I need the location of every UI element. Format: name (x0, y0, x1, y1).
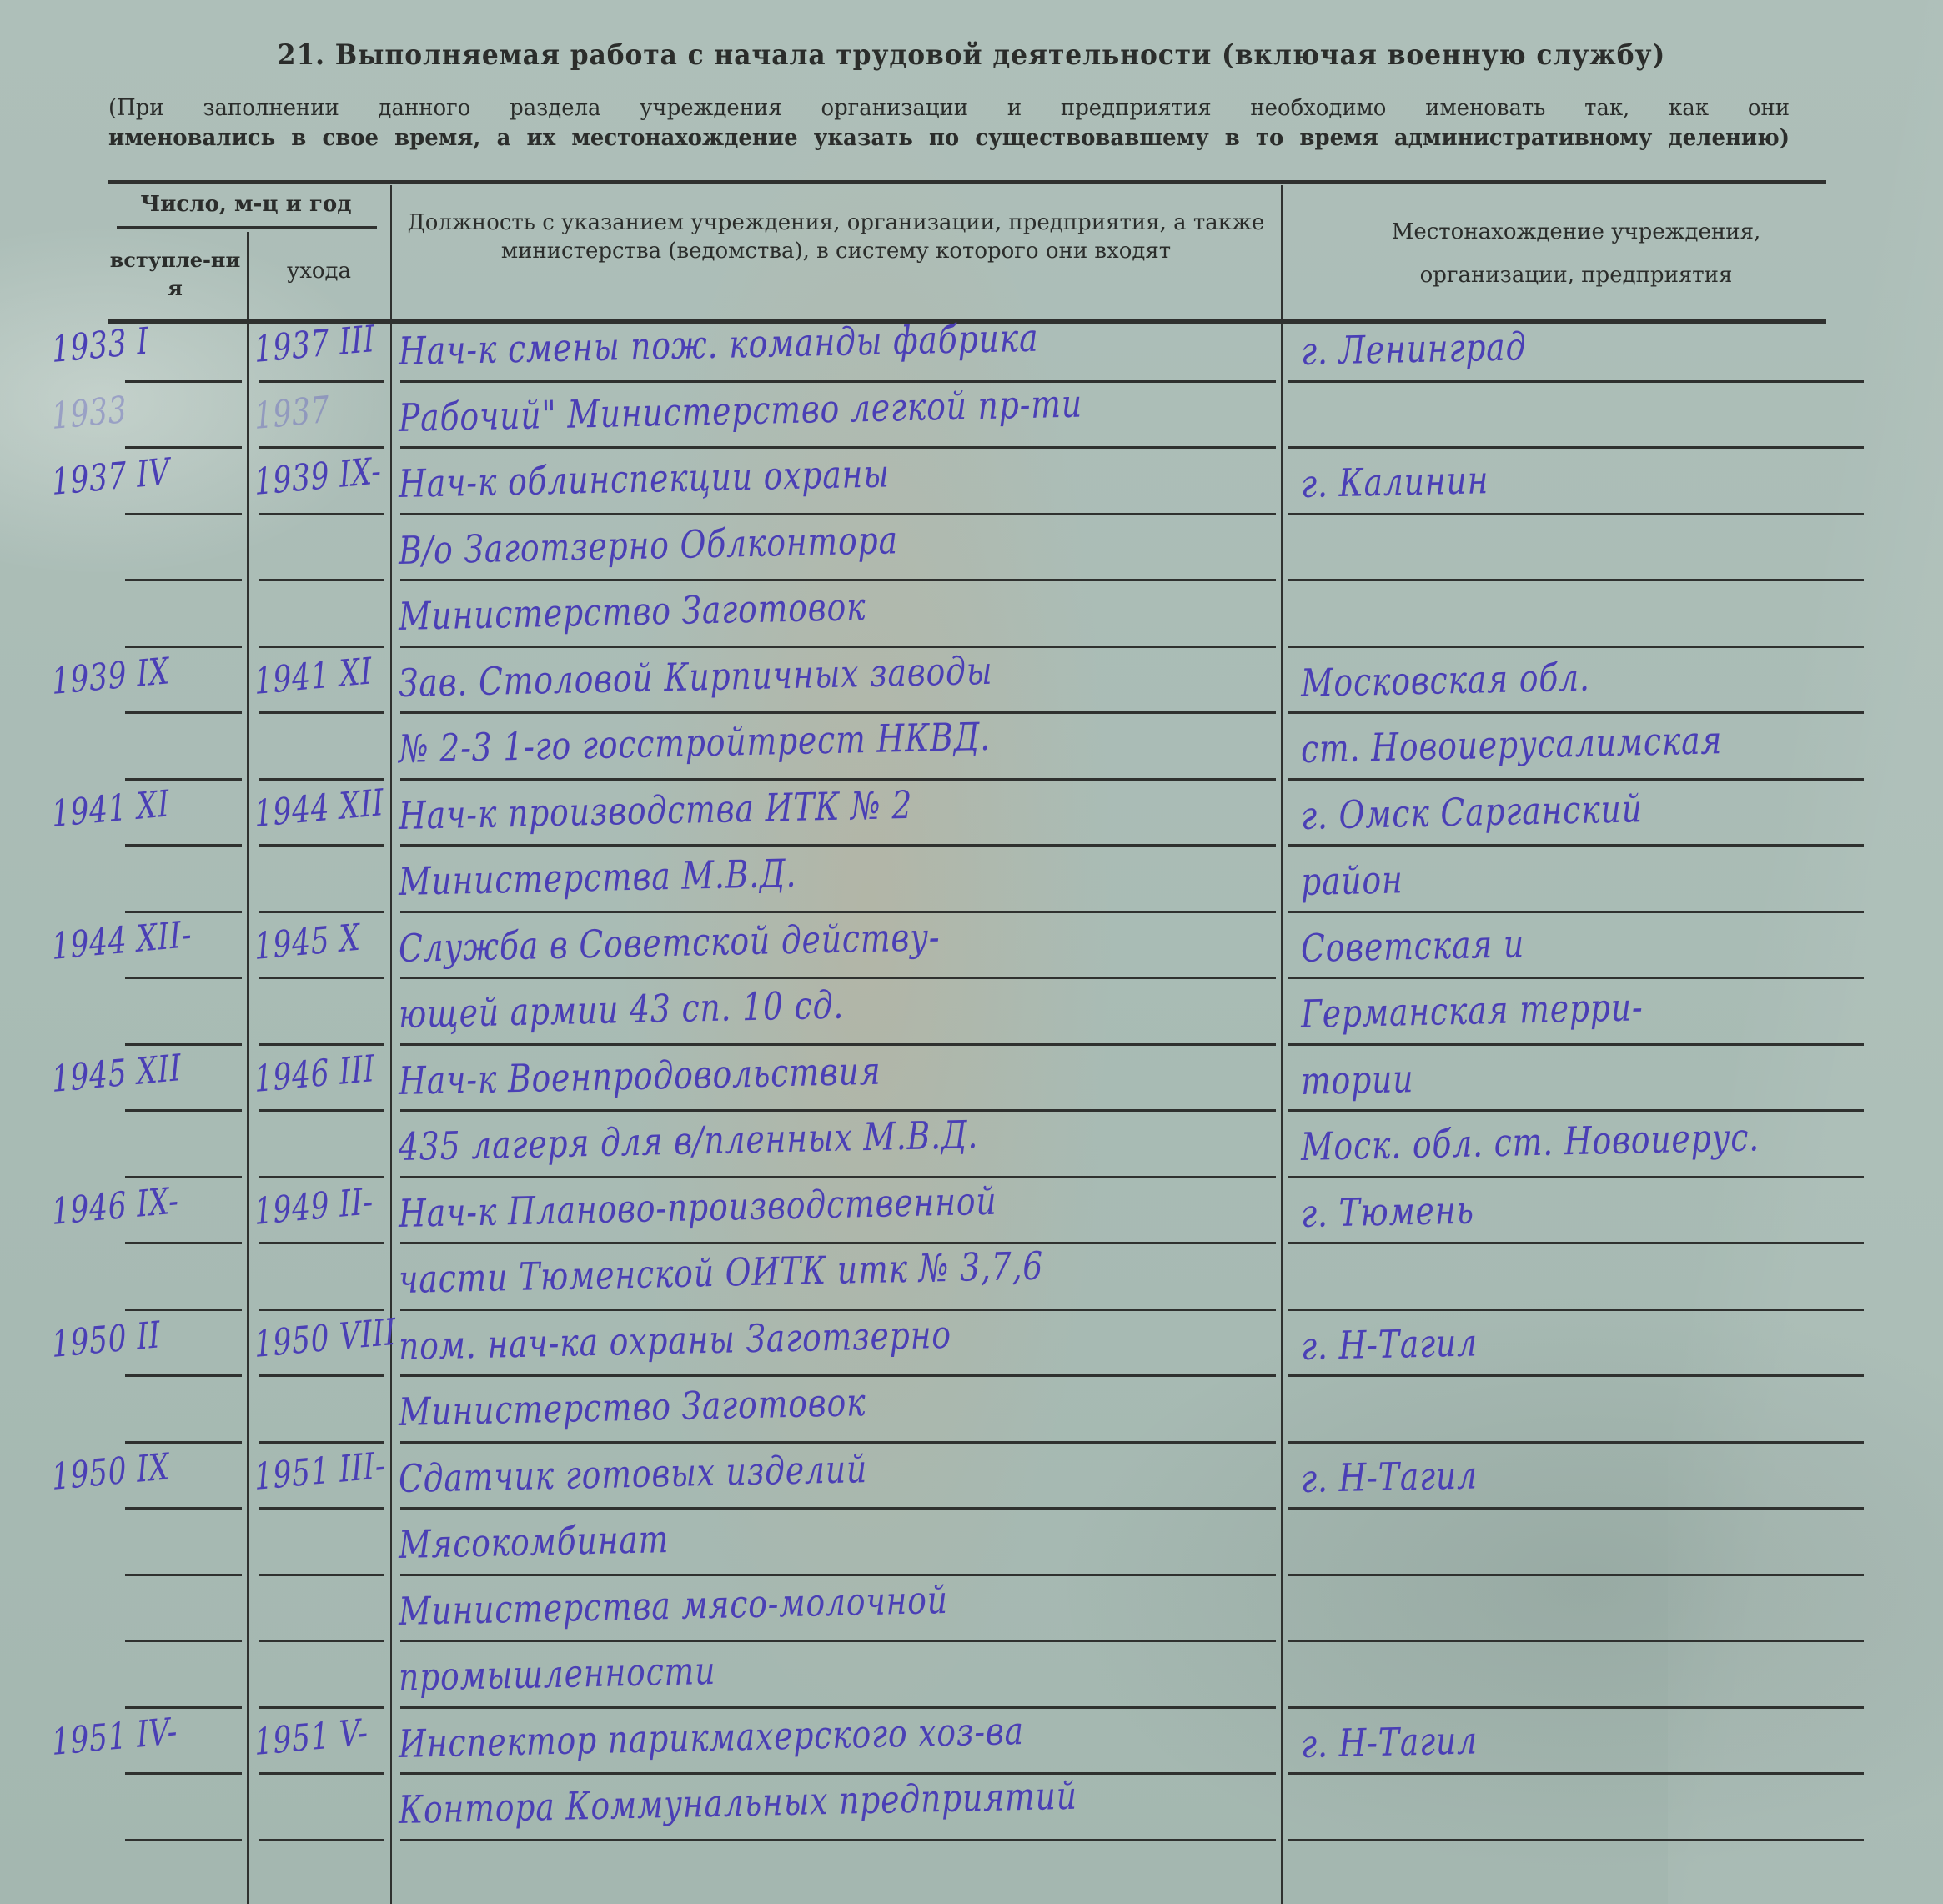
ruled-line-position (400, 1176, 1276, 1178)
entry-location: ст. Новоиерусалимская (1301, 717, 1723, 771)
entry-start-date-faded: 1933 (51, 389, 128, 438)
ruled-line-start (125, 646, 242, 648)
ruled-line-end (259, 1706, 384, 1709)
entry-start-date: 1937 IV (51, 450, 171, 504)
entry-start-date: 1944 XII- (51, 913, 193, 968)
entry-end-date: 1944 XII (254, 781, 385, 836)
ruled-line-position (400, 1772, 1276, 1775)
ruled-line-start (125, 1706, 242, 1709)
ruled-line-start (125, 513, 242, 515)
entry-start-date: 1933 I (51, 320, 150, 371)
ruled-line-end (259, 1441, 384, 1444)
entry-end-date: 1941 XI (254, 650, 374, 703)
ruled-line-location (1288, 380, 1864, 383)
entry-position: Инспектор парикмахерского хоз-ва (399, 1708, 1025, 1766)
ruled-line-end (259, 1640, 384, 1642)
entry-location: г. Н-Тагил (1301, 1452, 1479, 1501)
entry-location: г. Н-Тагил (1301, 1717, 1479, 1766)
entry-position: Нач-к производства ИТК № 2 (399, 782, 913, 838)
ruled-line-end (259, 1507, 384, 1510)
ruled-line-position (400, 1043, 1276, 1046)
entry-end-date: 1949 II- (254, 1180, 375, 1233)
entry-location: тории (1301, 1056, 1414, 1103)
ruled-line-end (259, 1374, 384, 1377)
ruled-line-end (259, 977, 384, 979)
date-group-rule (117, 226, 377, 229)
ruled-line-position (400, 380, 1276, 383)
instructions-line-1: (При заполнении данного раздела учрежден… (108, 93, 1790, 123)
ruled-line-start (125, 1772, 242, 1775)
ruled-line-end (259, 380, 384, 383)
ruled-line-location (1288, 977, 1864, 979)
header-position: Должность с указанием учреждения, органи… (396, 208, 1276, 265)
header-end: ухода (250, 257, 388, 285)
entry-position: Нач-к облинспекции охраны (399, 450, 891, 506)
ruled-line-end (259, 911, 384, 913)
ruled-line-location (1288, 1772, 1864, 1775)
entry-position: № 2-3 1-го госстройтрест НКВД. (399, 714, 992, 771)
ruled-line-position (400, 1109, 1276, 1112)
ruled-line-position (400, 1507, 1276, 1510)
ruled-line-start (125, 911, 242, 913)
ruled-line-location (1288, 844, 1864, 847)
table-top-rule (108, 180, 1826, 184)
entry-end-date: 1946 III (254, 1047, 377, 1101)
instructions-line-2: именовались в свое время, а их местонахо… (108, 123, 1790, 153)
section-instructions: (При заполнении данного раздела учрежден… (108, 93, 1790, 153)
ruled-line-location (1288, 1176, 1864, 1178)
ruled-line-location (1288, 1309, 1864, 1311)
entry-position: 435 лагеря для в/пленных М.В.Д. (399, 1112, 979, 1169)
ruled-line-start (125, 1109, 242, 1112)
ruled-line-position (400, 1374, 1276, 1377)
ruled-line-location (1288, 1043, 1864, 1046)
ruled-line-position (400, 1839, 1276, 1841)
entry-start-date: 1945 XII (51, 1047, 183, 1101)
entry-location: Моск. обл. ст. Новоиерус. (1301, 1114, 1760, 1169)
ruled-line-start (125, 380, 242, 383)
ruled-line-location (1288, 1574, 1864, 1576)
entry-start-date: 1950 IX (51, 1445, 171, 1499)
entry-start-date: 1939 IX (51, 650, 171, 703)
entry-location: г. Омск Сарганский (1301, 786, 1643, 838)
entry-position: Служба в Советской действу- (399, 914, 941, 971)
entry-position: Нач-к Планово-производственной (399, 1178, 997, 1236)
ruled-line-position (400, 1242, 1276, 1244)
ruled-line-position (400, 778, 1276, 781)
ruled-line-start (125, 1640, 242, 1642)
entry-position: Нач-к смены пож. команды фабрика (399, 315, 1039, 374)
ruled-line-start (125, 711, 242, 714)
col-divider-start-end (247, 232, 249, 1904)
ruled-line-location (1288, 1441, 1864, 1444)
ruled-line-start (125, 1441, 242, 1444)
ruled-line-position (400, 977, 1276, 979)
ruled-line-start (125, 446, 242, 449)
entry-position: ющей армии 43 сп. 10 сд. (399, 982, 845, 1037)
ruled-line-position (400, 1441, 1276, 1444)
header-date-group: Число, м-ц и год (108, 190, 384, 219)
entry-position: В/о Заготзерно Облконтора (399, 517, 899, 573)
entry-position: Сдатчик готовых изделий (399, 1446, 868, 1501)
ruled-line-end (259, 1242, 384, 1244)
ruled-line-start (125, 1839, 242, 1841)
entry-position: Министерства мясо-молочной (399, 1577, 949, 1634)
entry-location: Германская терри- (1301, 984, 1644, 1037)
entry-start-date: 1946 IX- (51, 1179, 180, 1233)
ruled-line-location (1288, 1839, 1864, 1841)
entry-location: г. Ленинград (1301, 324, 1527, 374)
ruled-line-location (1288, 778, 1864, 781)
ruled-line-start (125, 977, 242, 979)
ruled-line-start (125, 1507, 242, 1510)
ruled-line-start (125, 1043, 242, 1046)
entry-position: Министерства М.В.Д. (399, 851, 797, 904)
entry-end-date: 1951 V- (254, 1711, 369, 1764)
ruled-line-end (259, 646, 384, 648)
ruled-line-position (400, 911, 1276, 913)
ruled-line-end (259, 1574, 384, 1576)
ruled-line-end (259, 513, 384, 515)
entry-start-date: 1950 II (51, 1314, 162, 1366)
ruled-line-end (259, 1043, 384, 1046)
ruled-line-position (400, 711, 1276, 714)
entry-end-date: 1950 VIII (254, 1311, 398, 1366)
entry-location: Московская обл. (1301, 655, 1591, 706)
ruled-line-location (1288, 1640, 1864, 1642)
ruled-line-position (400, 579, 1276, 581)
entry-position: пом. нач-ка охраны Заготзерно (399, 1312, 952, 1369)
ruled-line-location (1288, 446, 1864, 449)
entry-position: Рабочий" Министерство легкой пр-ти (399, 381, 1083, 440)
entry-location: г. Тюмень (1301, 1188, 1475, 1236)
ruled-line-start (125, 579, 242, 581)
ruled-line-position (400, 1706, 1276, 1709)
ruled-line-location (1288, 579, 1864, 581)
ruled-line-end (259, 446, 384, 449)
entry-end-date: 1937 III (254, 318, 377, 371)
ruled-line-position (400, 513, 1276, 515)
ruled-line-position (400, 1309, 1276, 1311)
section-title: 21. Выполняемая работа с начала трудовой… (78, 38, 1865, 72)
ruled-line-location (1288, 1706, 1864, 1709)
entry-position: Контора Коммунальных предприятий (399, 1773, 1078, 1832)
ruled-line-position (400, 844, 1276, 847)
col-divider-end-position (390, 185, 392, 1904)
entry-position: промышленности (399, 1648, 716, 1700)
ruled-line-end (259, 1309, 384, 1311)
entry-position: Нач-к Военпродовольствия (399, 1048, 881, 1103)
ruled-line-end (259, 1839, 384, 1841)
entry-end-date: 1939 IX- (254, 450, 383, 504)
ruled-line-location (1288, 1374, 1864, 1377)
entry-position: Мясокомбинат (399, 1516, 670, 1567)
ruled-line-start (125, 1242, 242, 1244)
ruled-line-start (125, 1309, 242, 1311)
ruled-line-position (400, 646, 1276, 648)
ruled-line-location (1288, 911, 1864, 913)
ruled-line-location (1288, 1507, 1864, 1510)
ruled-line-position (400, 1640, 1276, 1642)
ruled-line-start (125, 844, 242, 847)
ruled-line-end (259, 1176, 384, 1178)
entry-position: части Тюменской ОИТК итк № 3,7,6 (399, 1243, 1044, 1302)
ruled-line-location (1288, 711, 1864, 714)
ruled-line-position (400, 1574, 1276, 1576)
entry-start-date: 1941 XI (51, 782, 171, 836)
header-location: Местонахождение учреждения, организации,… (1334, 210, 1818, 297)
ruled-line-end (259, 778, 384, 781)
ruled-line-location (1288, 513, 1864, 515)
entry-location: Советская и (1301, 921, 1525, 971)
ruled-line-position (400, 446, 1276, 449)
entry-position: Министерство Заготовок (399, 1379, 866, 1434)
ruled-line-start (125, 1574, 242, 1576)
col-divider-position-location (1281, 185, 1283, 1904)
entry-location: г. Калинин (1301, 457, 1489, 506)
ruled-line-end (259, 1772, 384, 1775)
ruled-line-start (125, 778, 242, 781)
entry-start-date: 1951 IV- (51, 1711, 179, 1764)
ruled-line-end (259, 579, 384, 581)
ruled-line-start (125, 1374, 242, 1377)
ruled-line-start (125, 1176, 242, 1178)
header-start: вступле-ния (108, 246, 242, 303)
entry-position: Министерство Заготовок (399, 584, 866, 639)
ruled-line-end (259, 844, 384, 847)
entry-end-date: 1951 III- (254, 1444, 387, 1499)
entry-end-date: 1945 X (254, 917, 362, 968)
ruled-line-location (1288, 1242, 1864, 1244)
entry-location: район (1301, 857, 1403, 904)
entry-position: Зав. Столовой Кирпичных заводы (399, 648, 993, 706)
ruled-line-end (259, 711, 384, 714)
entry-location: г. Н-Тагил (1301, 1319, 1479, 1369)
ruled-line-location (1288, 1109, 1864, 1112)
ruled-line-location (1288, 646, 1864, 648)
entry-end-date-faded: 1937 (254, 389, 331, 438)
ruled-line-end (259, 1109, 384, 1112)
